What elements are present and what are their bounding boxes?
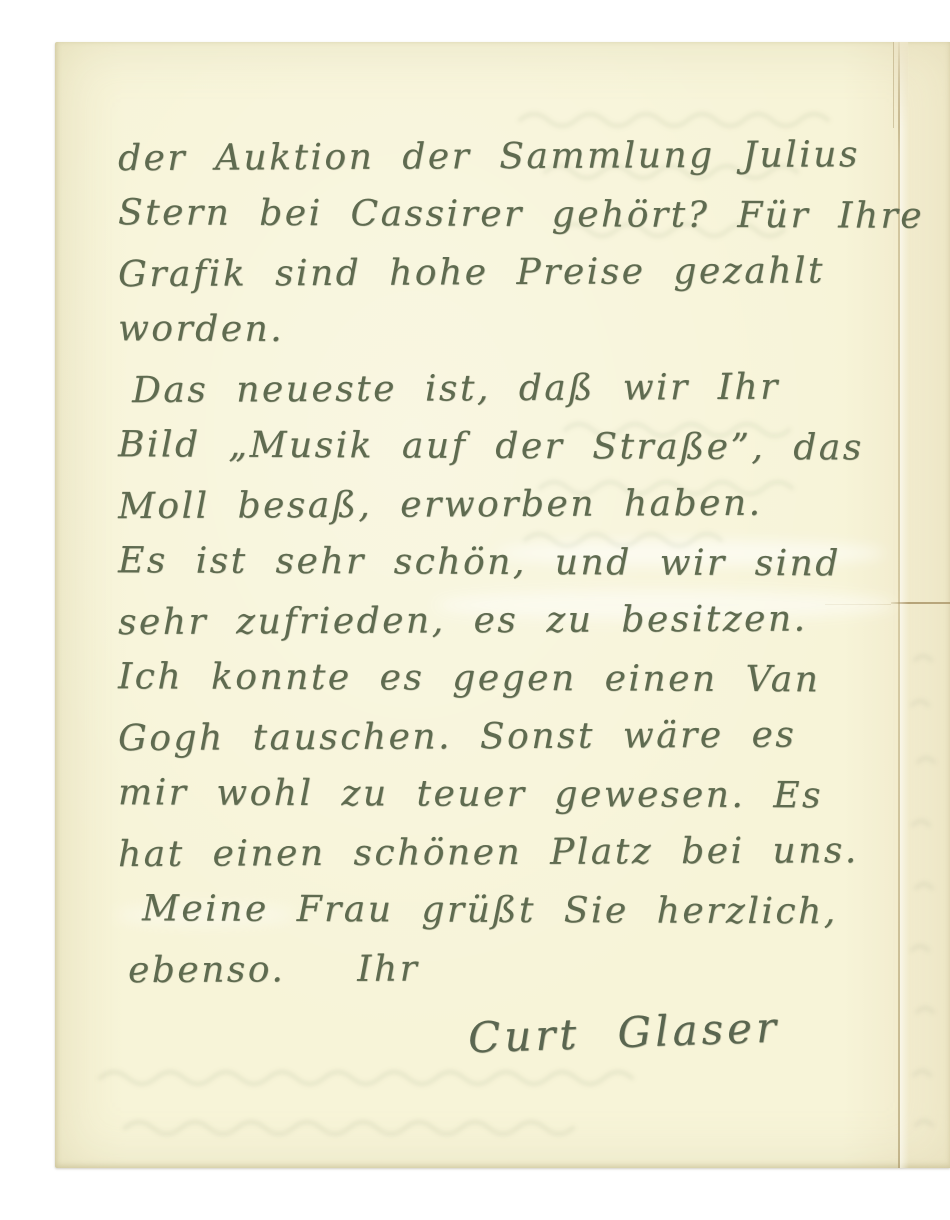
handwritten-line: Stern bei Cassirer gehört? Für Ihre — [118, 184, 924, 246]
handwritten-line: Grafik sind hohe Preise gezahlt — [118, 242, 924, 304]
handwritten-line: mir wohl zu teuer gewesen. Es — [118, 764, 924, 826]
handwritten-line: Ich konnte es gegen einen Van — [118, 648, 924, 710]
handwritten-line: Bild „Musik auf der Straße”, das — [118, 416, 924, 478]
handwritten-line: Gogh tauschen. Sonst wäre es — [118, 706, 924, 768]
scanned-letter-page: der Auktion der Sammlung Julius Stern be… — [0, 0, 950, 1220]
handwritten-line: der Auktion der Sammlung Julius — [118, 126, 924, 188]
handwritten-line: Meine Frau grüßt Sie herzlich, — [142, 880, 924, 941]
fold-notch — [893, 42, 908, 128]
handwritten-line: Es ist sehr schön, und wir sind — [118, 532, 924, 594]
handwritten-line: Das neueste ist, daß wir Ihr — [132, 358, 924, 420]
handwritten-line: ebenso. Ihr — [128, 938, 924, 1000]
letter-body: der Auktion der Sammlung Julius Stern be… — [118, 128, 924, 998]
handwritten-line: Moll besaß, erworben haben. — [118, 474, 924, 536]
handwritten-line: worden. — [118, 300, 924, 362]
handwritten-line: hat einen schönen Platz bei uns. — [118, 822, 924, 884]
handwritten-line: sehr zufrieden, es zu besitzen. — [118, 590, 924, 652]
